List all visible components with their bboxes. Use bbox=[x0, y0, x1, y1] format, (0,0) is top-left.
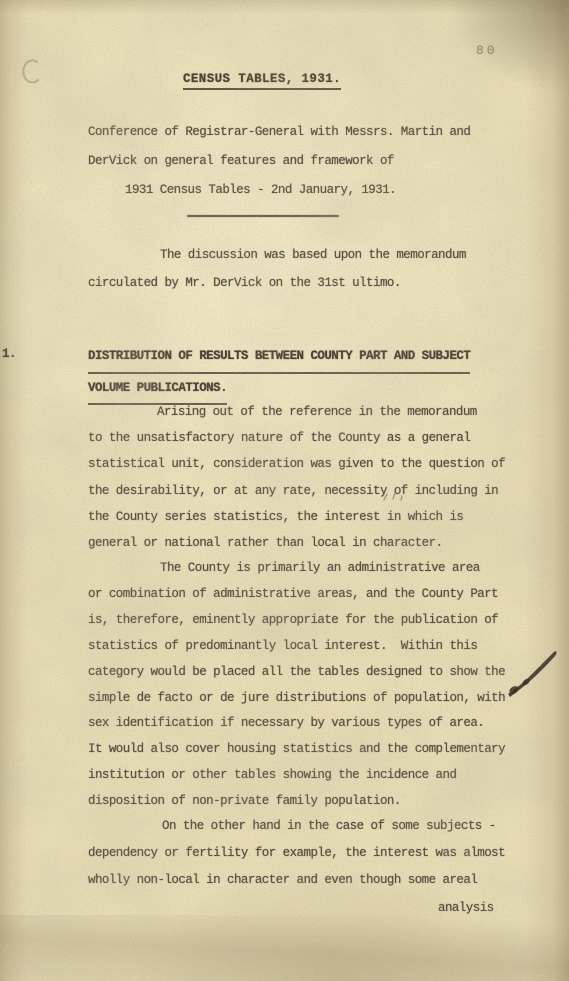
text-line: simple de facto or de jure distributions… bbox=[88, 686, 505, 712]
text-line: On the other hand in the case of some su… bbox=[88, 813, 505, 840]
text-line: circulated by Mr. DerVick on the 31st ul… bbox=[88, 269, 466, 297]
section-number: 1. bbox=[2, 341, 16, 367]
catchword: analysis bbox=[438, 895, 494, 922]
text-line: The County is primarily an administrativ… bbox=[88, 556, 505, 582]
text-line: the County series statistics, the intere… bbox=[88, 504, 505, 530]
text-line: institution or other tables showing the … bbox=[88, 763, 505, 789]
pencil-circle-mark bbox=[20, 58, 46, 88]
text-line: The discussion was based upon the memora… bbox=[88, 241, 466, 269]
meeting-header: Conference of Registrar-General with Mes… bbox=[88, 118, 470, 205]
text-line: or combination of administrative areas, … bbox=[88, 582, 505, 608]
intro-paragraph: The discussion was based upon the memora… bbox=[88, 241, 466, 297]
paper-bottom-shadow bbox=[0, 915, 569, 981]
paragraph-2: The County is primarily an administrativ… bbox=[88, 556, 505, 815]
paragraph-1: Arising out of the reference in the memo… bbox=[88, 399, 505, 556]
text-line: It would also cover housing statistics a… bbox=[88, 737, 505, 763]
text-line: Conference of Registrar-General with Mes… bbox=[88, 118, 470, 147]
text-line: disposition of non-private family popula… bbox=[88, 789, 505, 815]
text-line: to the unsatisfactory nature of the Coun… bbox=[88, 425, 505, 451]
page-number: 80 bbox=[476, 43, 498, 58]
text-line: DISTRIBUTION OF RESULTS BETWEEN COUNTY P… bbox=[88, 342, 470, 374]
text-line: sex identification if necessary by vario… bbox=[88, 711, 505, 737]
text-line: wholly non-local in character and even t… bbox=[88, 867, 505, 894]
section-heading: DISTRIBUTION OF RESULTS BETWEEN COUNTY P… bbox=[88, 342, 470, 405]
text-line: dependency or fertility for example, the… bbox=[88, 840, 505, 867]
ink-blot-mark bbox=[504, 648, 562, 700]
divider-rule bbox=[187, 215, 339, 217]
text-line: is, therefore, eminently appropriate for… bbox=[88, 608, 505, 634]
document-title: CENSUS TABLES, 1931. bbox=[183, 70, 341, 90]
text-line: DerVick on general features and framewor… bbox=[88, 147, 470, 176]
text-line: the desirability, or at any rate, necess… bbox=[88, 478, 505, 504]
text-line: statistical unit, consideration was give… bbox=[88, 451, 505, 477]
text-line: statistics of predominantly local intere… bbox=[88, 634, 505, 660]
document-page: 80 CENSUS TABLES, 1931. Conference of Re… bbox=[0, 0, 569, 981]
paragraph-3: On the other hand in the case of some su… bbox=[88, 813, 505, 894]
text-line: 1931 Census Tables - 2nd January, 1931. bbox=[88, 176, 470, 205]
text-line: category would be placed all the tables … bbox=[88, 660, 505, 686]
text-line: general or national rather than local in… bbox=[88, 530, 505, 556]
text-line: Arising out of the reference in the memo… bbox=[88, 399, 505, 425]
